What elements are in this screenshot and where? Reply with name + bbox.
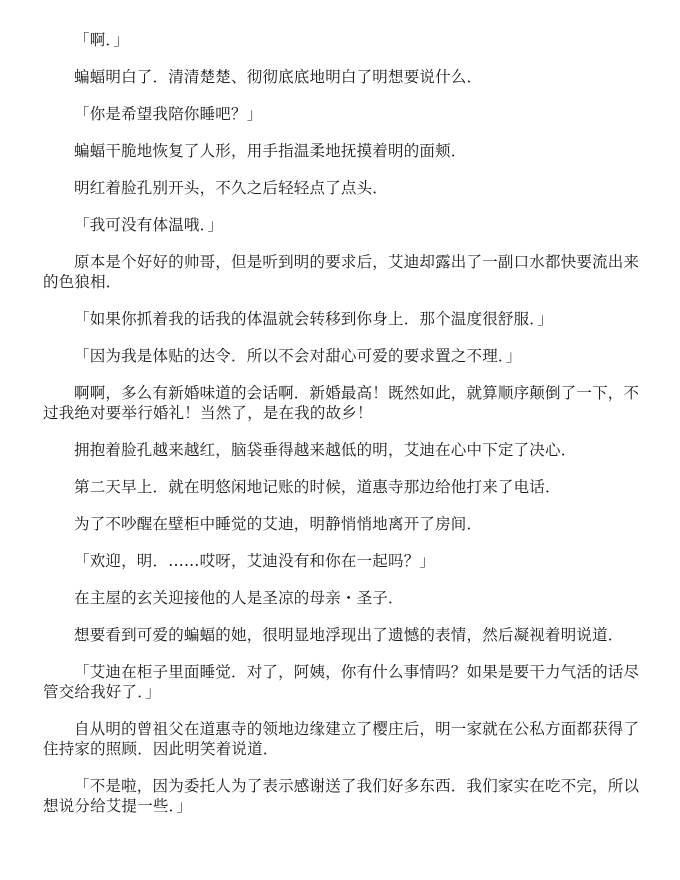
paragraph: 蝙蝠明白了．清清楚楚、彻彻底底地明白了明想要说什么． xyxy=(43,67,643,87)
paragraph: 「不是啦，因为委托人为了表示感谢送了我们好多东西．我们家实在吃不完，所以想说分给… xyxy=(43,776,643,816)
paragraph: 「艾迪在柜子里面睡觉．对了，阿姨，你有什么事情吗？如果是要干力气活的话尽管交给我… xyxy=(43,662,643,702)
paragraph: 为了不吵醒在壁柜中睡觉的艾迪，明静悄悄地离开了房间． xyxy=(43,514,643,534)
paragraph: 啊啊，多么有新婚味道的会话啊．新婚最高！既然如此，就算顺序颠倒了一下，不过我绝对… xyxy=(43,383,643,423)
paragraph: 「我可没有体温哦．」 xyxy=(43,215,643,235)
paragraph: 「啊．」 xyxy=(43,30,643,50)
paragraph: 蝙蝠干脆地恢复了人形，用手指温柔地抚摸着明的面颊． xyxy=(43,141,643,161)
paragraph: 第二天早上．就在明悠闲地记账的时候，道惠寺那边给他打来了电话． xyxy=(43,477,643,497)
paragraph: 「如果你抓着我的话我的体温就会转移到你身上．那个温度很舒服．」 xyxy=(43,309,643,329)
document-page: 「啊．」 蝙蝠明白了．清清楚楚、彻彻底底地明白了明想要说什么． 「你是希望我陪你… xyxy=(43,30,643,833)
paragraph: 「你是希望我陪你睡吧？」 xyxy=(43,104,643,124)
paragraph: 想要看到可爱的蝙蝠的她，很明显地浮现出了遗憾的表情，然后凝视着明说道． xyxy=(43,625,643,645)
paragraph: 自从明的曾祖父在道惠寺的领地边缘建立了樱庄后，明一家就在公私方面都获得了住持家的… xyxy=(43,719,643,759)
paragraph: 明红着脸孔别开头，不久之后轻轻点了点头． xyxy=(43,178,643,198)
paragraph: 在主屋的玄关迎接他的人是圣凉的母亲・圣子． xyxy=(43,588,643,608)
paragraph: 「因为我是体贴的达令．所以不会对甜心可爱的要求置之不理．」 xyxy=(43,346,643,366)
paragraph: 原本是个好好的帅哥，但是听到明的要求后，艾迪却露出了一副口水都快要流出来的色狼相… xyxy=(43,252,643,292)
paragraph: 「欢迎，明．……哎呀，艾迪没有和你在一起吗？」 xyxy=(43,551,643,571)
paragraph: 拥抱着脸孔越来越红，脑袋垂得越来越低的明，艾迪在心中下定了决心． xyxy=(43,440,643,460)
